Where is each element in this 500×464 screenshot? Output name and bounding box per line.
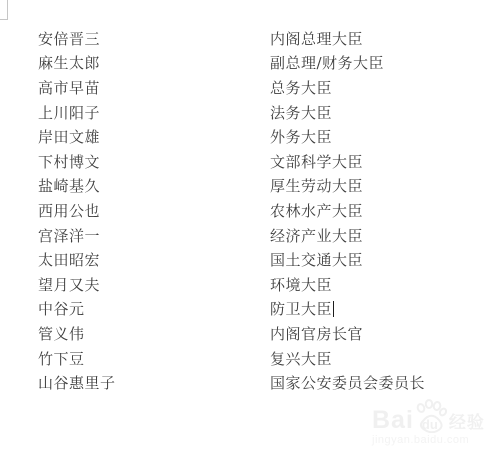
member-title: 防卫大臣 (270, 298, 500, 319)
list-item: 管义伟 内阁官房长官 (38, 321, 500, 346)
member-title-text: 副总理/财务大臣 (270, 54, 384, 72)
cabinet-member-list: 安倍晋三 内阁总理大臣 麻生太郎 副总理/财务大臣 高市早苗 总务大臣 上川阳子… (38, 26, 500, 395)
member-title: 经济产业大臣 (270, 225, 500, 246)
member-name: 上川阳子 (38, 102, 270, 123)
list-item: 望月又夫 环境大臣 (38, 272, 500, 297)
list-item: 竹下豆 复兴大臣 (38, 346, 500, 371)
member-title-text: 国土交通大臣 (270, 251, 363, 269)
list-item: 盐崎基久 厚生劳动大臣 (38, 174, 500, 199)
member-title-text: 防卫大臣 (270, 300, 332, 318)
list-item: 上川阳子 法务大臣 (38, 100, 500, 125)
list-item: 中谷元 防卫大臣 (38, 297, 500, 322)
member-name: 太田昭宏 (38, 249, 270, 270)
member-title-text: 总务大臣 (270, 79, 332, 97)
member-title: 法务大臣 (270, 102, 500, 123)
baidu-jingyan-watermark: Bai du 经验 jingyan.baidu.com (372, 399, 494, 446)
text-caret (333, 301, 334, 317)
list-item: 安倍晋三 内阁总理大臣 (38, 26, 500, 51)
list-item: 麻生太郎 副总理/财务大臣 (38, 51, 500, 76)
member-title: 厚生劳动大臣 (270, 175, 500, 196)
member-title: 国家公安委员会委员长 (270, 372, 500, 393)
paw-icon: du (415, 399, 447, 433)
list-item: 西用公也 农林水产大臣 (38, 198, 500, 223)
member-name: 山谷惠里子 (38, 372, 270, 393)
list-item: 太田昭宏 国土交通大臣 (38, 247, 500, 272)
document-text-area[interactable]: 安倍晋三 内阁总理大臣 麻生太郎 副总理/财务大臣 高市早苗 总务大臣 上川阳子… (38, 26, 500, 395)
member-name: 望月又夫 (38, 274, 270, 295)
member-title: 文部科学大臣 (270, 151, 500, 172)
member-title: 内阁总理大臣 (270, 28, 500, 49)
member-title: 内阁官房长官 (270, 323, 500, 344)
member-name: 宫泽洋一 (38, 225, 270, 246)
member-title: 总务大臣 (270, 77, 500, 98)
cropped-frame-corner (0, 0, 8, 20)
member-title: 外务大臣 (270, 126, 500, 147)
member-title-text: 法务大臣 (270, 104, 332, 122)
list-item: 下村博文 文部科学大臣 (38, 149, 500, 174)
list-item: 高市早苗 总务大臣 (38, 75, 500, 100)
member-name: 中谷元 (38, 298, 270, 319)
member-name: 竹下豆 (38, 348, 270, 369)
member-title-text: 内阁官房长官 (270, 325, 363, 343)
member-name: 高市早苗 (38, 77, 270, 98)
member-name: 西用公也 (38, 200, 270, 221)
list-item: 山谷惠里子 国家公安委员会委员长 (38, 370, 500, 395)
member-title-text: 外务大臣 (270, 128, 332, 146)
member-title-text: 经济产业大臣 (270, 227, 363, 245)
member-name: 盐崎基久 (38, 175, 270, 196)
member-name: 安倍晋三 (38, 28, 270, 49)
member-title-text: 农林水产大臣 (270, 202, 363, 220)
member-title-text: 文部科学大臣 (270, 153, 363, 171)
member-title: 农林水产大臣 (270, 200, 500, 221)
member-title: 环境大臣 (270, 274, 500, 295)
list-item: 宫泽洋一 经济产业大臣 (38, 223, 500, 248)
member-title-text: 厚生劳动大臣 (270, 177, 363, 195)
watermark-bai-text: Bai (372, 408, 414, 433)
member-title: 国土交通大臣 (270, 249, 500, 270)
member-title-text: 复兴大臣 (270, 350, 332, 368)
member-name: 管义伟 (38, 323, 270, 344)
member-name: 麻生太郎 (38, 52, 270, 73)
member-title: 复兴大臣 (270, 348, 500, 369)
member-title-text: 环境大臣 (270, 276, 332, 294)
watermark-jingyan-text: 经验 (449, 414, 485, 431)
member-title-text: 内阁总理大臣 (270, 30, 363, 48)
watermark-du-text: du (422, 418, 438, 431)
member-title-text: 国家公安委员会委员长 (270, 374, 425, 392)
watermark-url: jingyan.baidu.com (372, 434, 494, 446)
member-name: 下村博文 (38, 151, 270, 172)
list-item: 岸田文雄 外务大臣 (38, 124, 500, 149)
member-title: 副总理/财务大臣 (270, 52, 500, 73)
watermark-logo-row: Bai du 经验 (372, 399, 494, 433)
member-name: 岸田文雄 (38, 126, 270, 147)
